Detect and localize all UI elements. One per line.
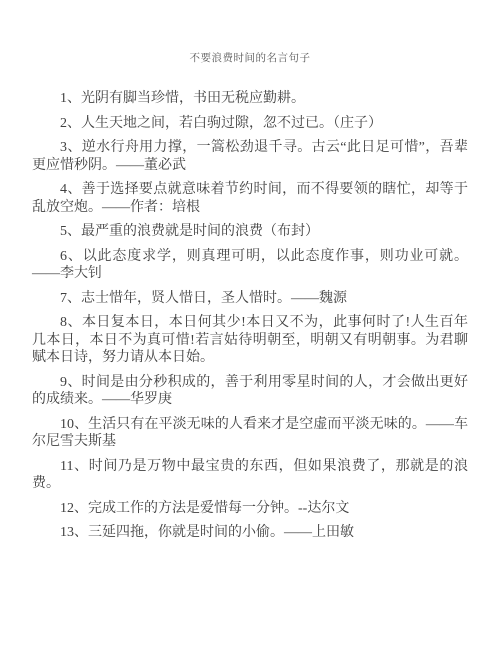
page-title: 不要浪费时间的名言句子 xyxy=(0,50,500,65)
document-page: 不要浪费时间的名言句子 1、光阴有脚当珍惜，书田无税应勤耕。 2、人生天地之间，… xyxy=(0,0,500,647)
quote-paragraph: 7、志士惜年，贤人惜日，圣人惜时。——魏源 xyxy=(32,290,468,308)
quote-paragraph: 3、逆水行舟用力撑，一篙松劲退千寻。古云“此日足可惜”，吾辈更应惜秒阴。——董必… xyxy=(32,139,468,174)
quote-paragraph: 12、完成工作的方法是爱惜每一分钟。--达尔文 xyxy=(32,500,468,518)
quote-paragraph: 11、时间乃是万物中最宝贵的东西，但如果浪费了，那就是的浪费。 xyxy=(32,458,468,493)
quote-paragraph: 10、生活只有在平淡无味的人看来才是空虚而平淡无味的。——车尔尼雪夫斯基 xyxy=(32,416,468,451)
quote-paragraph: 5、最严重的浪费就是时间的浪费（布封） xyxy=(32,223,468,241)
quote-paragraph: 13、三延四拖，你就是时间的小偷。——上田敏 xyxy=(32,524,468,542)
quote-paragraph: 2、人生天地之间，若白驹过隙，忽不过已。（庄子） xyxy=(32,115,468,133)
quote-list: 1、光阴有脚当珍惜，书田无税应勤耕。 2、人生天地之间，若白驹过隙，忽不过已。（… xyxy=(0,90,500,542)
quote-paragraph: 6、以此态度求学，则真理可明，以此态度作事，则功业可就。——李大钊 xyxy=(32,248,468,283)
quote-paragraph: 9、时间是由分秒积成的，善于利用零星时间的人，才会做出更好的成绩来。——华罗庚 xyxy=(32,374,468,409)
quote-paragraph: 4、善于选择要点就意味着节约时间，而不得要领的瞎忙，却等于乱放空炮。——作者：培… xyxy=(32,181,468,216)
quote-paragraph: 1、光阴有脚当珍惜，书田无税应勤耕。 xyxy=(32,90,468,108)
quote-paragraph: 8、本日复本日，本日何其少!本日又不为，此事何时了!人生百年几本日，本日不为真可… xyxy=(32,314,468,367)
